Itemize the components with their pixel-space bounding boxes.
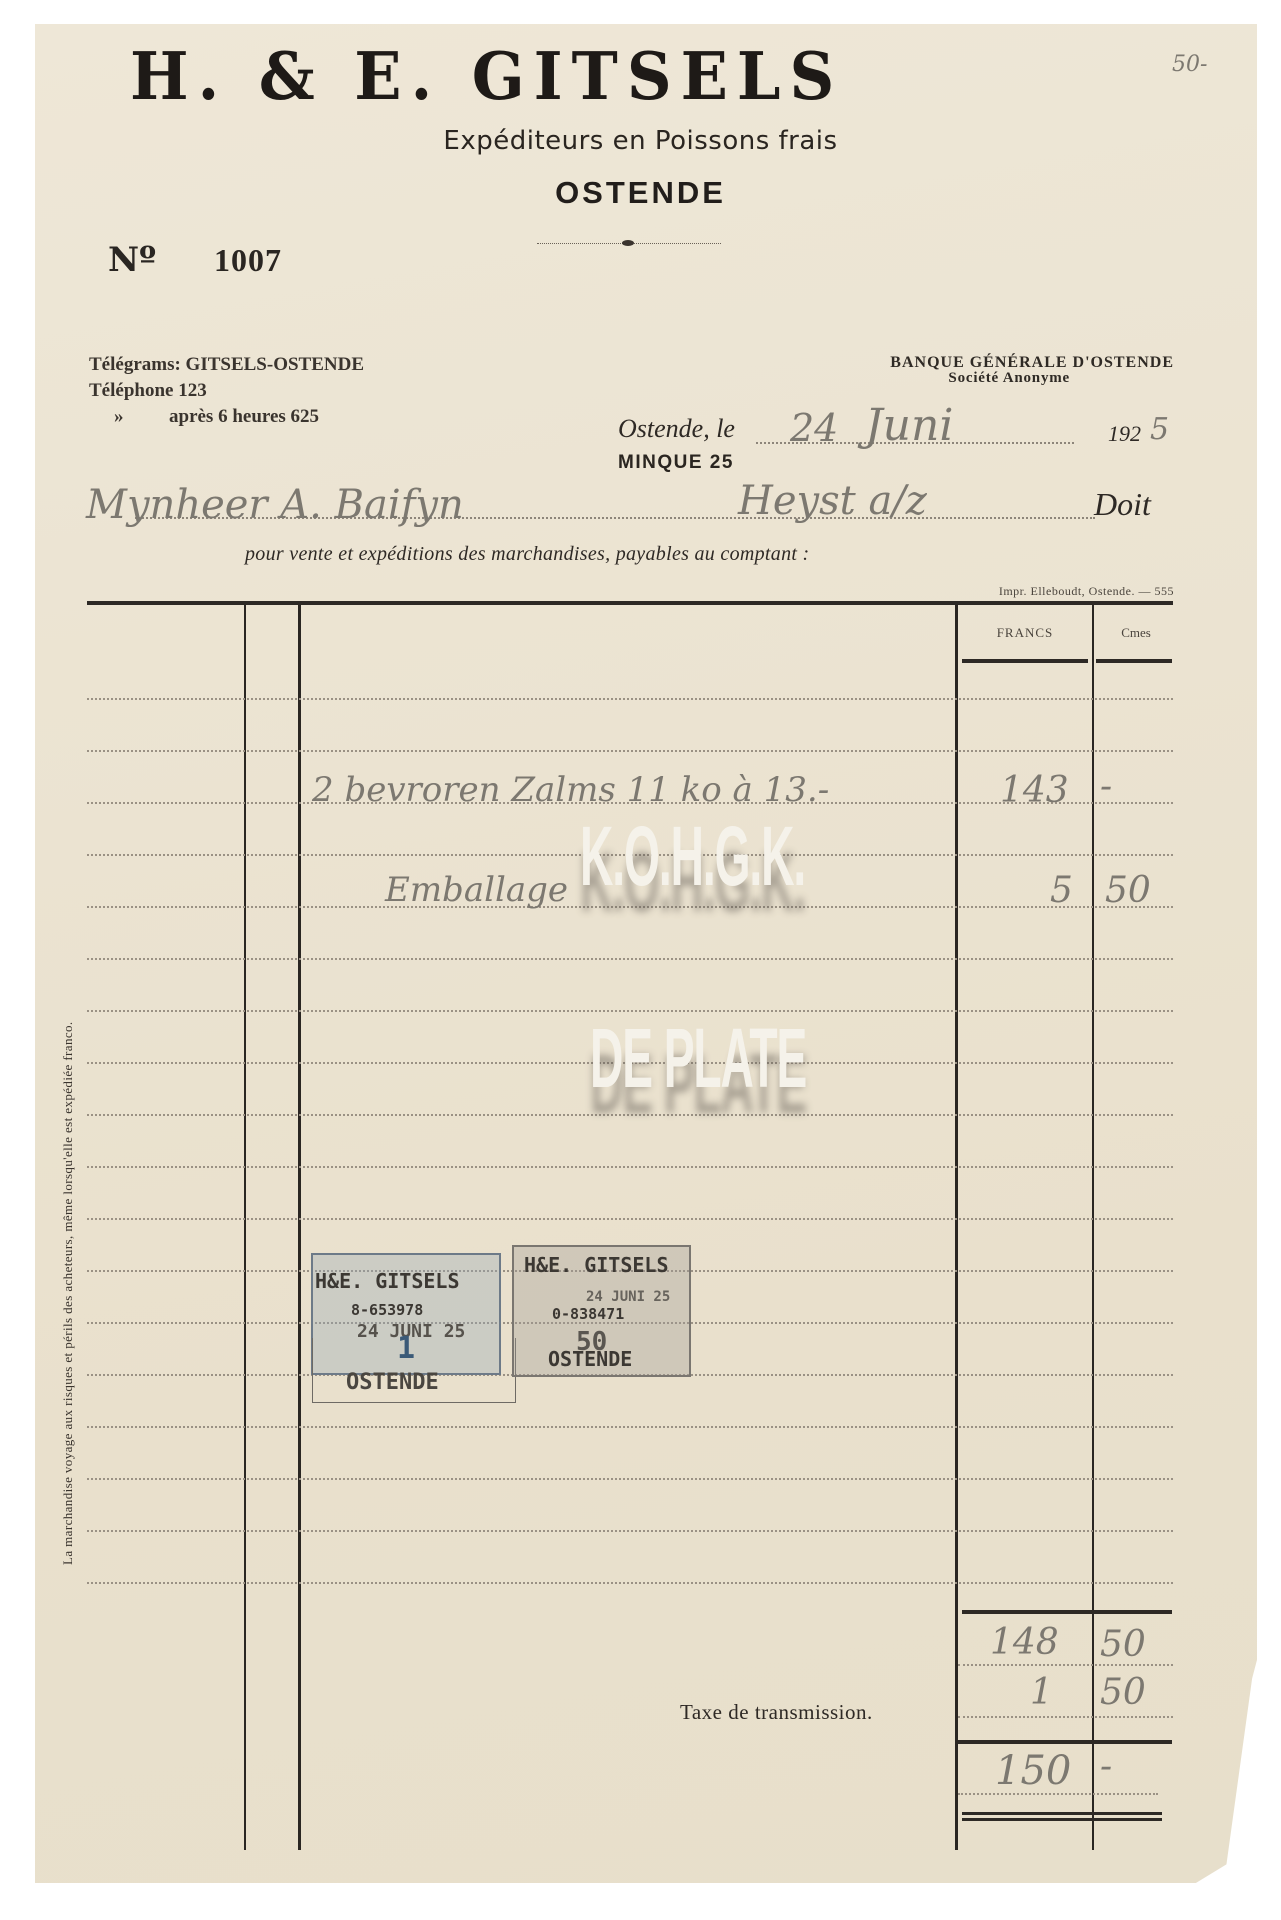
stamp-2-serial: 0-838471 <box>552 1305 624 1323</box>
telephone-line: Téléphone 123 <box>89 378 364 404</box>
item-2-cmes: 50 <box>1105 870 1151 911</box>
telegrams-line: Télégrams: GITSELS-OSTENDE <box>89 352 364 378</box>
after-hours-line: »après 6 heures 625 <box>89 404 364 430</box>
item-1-francs: 143 <box>1000 770 1069 811</box>
subtotal-rule <box>962 1610 1172 1614</box>
ruling-line <box>87 750 1173 752</box>
subtotal-francs: 148 <box>990 1622 1059 1663</box>
date-year-prefix: 192 <box>1108 421 1141 447</box>
date-label: Ostende, le <box>618 414 735 444</box>
item-2-francs: 5 <box>1050 870 1073 911</box>
ruling-line <box>87 958 1173 960</box>
date-day: 24 <box>790 406 838 450</box>
date-month: Juni <box>865 400 953 451</box>
item-2-description: Emballage <box>385 870 568 910</box>
stamp-2-header: H&E. GITSELS <box>524 1253 669 1277</box>
stamp-1-serial: 8-653978 <box>351 1301 423 1319</box>
owes-label: Doit <box>1094 486 1151 523</box>
column-divider-1 <box>244 605 246 1850</box>
company-city: OSTENDE <box>0 175 1281 211</box>
company-name: H. & E. GITSELS <box>130 38 843 115</box>
side-disclaimer: La marchandise voyage aux risques et pér… <box>60 1021 76 1565</box>
ruling-line <box>87 1166 1173 1168</box>
printer-credit: Impr. Elleboudt, Ostende. — 555 <box>700 584 1174 599</box>
tax-cmes: 50 <box>1100 1672 1146 1713</box>
ditto-mark: » <box>89 404 169 430</box>
stamp-2-date: 24 JUNI 25 <box>586 1289 670 1305</box>
table-top-rule <box>87 601 1173 605</box>
double-rule-top <box>962 1812 1162 1815</box>
total-rule <box>958 1740 1172 1744</box>
stamp-1-header: H&E. GITSELS <box>315 1269 460 1293</box>
item-1-description: 2 bevroren Zalms 11 ko à 13.- <box>312 770 829 810</box>
corner-note: 50- <box>1172 52 1207 77</box>
invoice-number: 1007 <box>214 242 282 279</box>
company-address: MINQUE 25 <box>618 452 734 474</box>
total-cmes: - <box>1100 1746 1112 1787</box>
payment-terms: pour vente et expéditions des marchandis… <box>245 543 810 566</box>
ruling-line <box>87 1530 1173 1532</box>
invoice-number-label: Nº <box>108 240 156 280</box>
company-tagline: Expéditeurs en Poissons frais <box>0 126 1281 156</box>
double-rule-bottom <box>962 1818 1162 1821</box>
ruling-line <box>87 1478 1173 1480</box>
contact-block: Télégrams: GITSELS-OSTENDE Téléphone 123… <box>89 352 364 430</box>
francs-header: FRANCS <box>960 625 1090 641</box>
cmes-header: Cmes <box>1096 625 1176 641</box>
invoice-paper <box>35 24 1257 1883</box>
ruling-line <box>958 1716 1173 1718</box>
subtotal-cmes: 50 <box>1100 1624 1146 1665</box>
watermark-de-plate: DE PLATE <box>590 1010 806 1107</box>
date-year-suffix: 5 <box>1150 412 1169 447</box>
ruling-line <box>87 1426 1173 1428</box>
tax-francs: 1 <box>1030 1672 1053 1713</box>
ruling-line <box>87 1218 1173 1220</box>
ruling-line <box>958 1793 1158 1795</box>
ruling-line <box>87 1114 1173 1116</box>
ruling-line <box>958 1664 1173 1666</box>
ruling-line <box>87 698 1173 700</box>
item-1-cmes: - <box>1100 766 1112 807</box>
customer-place: Heyst a/z <box>738 478 927 524</box>
total-francs: 150 <box>995 1748 1071 1794</box>
watermark-kohgk: K.O.H.G.K. <box>580 808 805 905</box>
column-divider-2 <box>298 605 301 1850</box>
cmes-header-rule <box>1096 659 1172 663</box>
stamp-2-footer: OSTENDE <box>548 1347 632 1371</box>
fiscal-stamp-2: H&E. GITSELS 0-838471 24 JUNI 25 50 OSTE… <box>512 1245 691 1377</box>
tax-label: Taxe de transmission. <box>680 1700 873 1725</box>
bank-type: Société Anonyme <box>770 370 1070 387</box>
ruling-line <box>87 906 1173 908</box>
after-hours-text: après 6 heures 625 <box>169 406 319 427</box>
ornament-dot <box>622 240 634 246</box>
ruling-line <box>87 1582 1173 1584</box>
francs-header-rule <box>962 659 1088 663</box>
customer-name: Mynheer A. Baifyn <box>86 482 464 528</box>
stamp-1-cancel-box <box>312 1338 516 1403</box>
